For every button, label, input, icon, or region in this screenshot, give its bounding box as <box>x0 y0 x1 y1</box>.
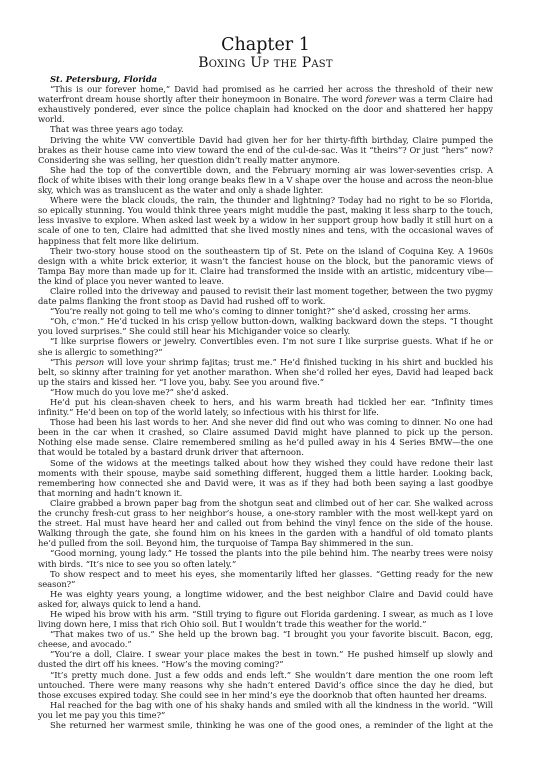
location-heading: St. Petersburg, Florida <box>38 74 493 84</box>
paragraph: He’d put his clean-shaven cheek to hers,… <box>38 397 493 417</box>
paragraph: To show respect and to meet his eyes, sh… <box>38 569 493 589</box>
paragraph: “You’re really not going to tell me who’… <box>38 306 493 316</box>
chapter-title: Boxing Up the Past <box>38 55 493 71</box>
paragraph: “This person will love your shrimp fajit… <box>38 357 493 387</box>
paragraph-text: will love your shrimp fajitas; trust me.… <box>38 357 493 387</box>
paragraph: That was three years ago today. <box>38 124 493 134</box>
paragraph: Some of the widows at the meetings talke… <box>38 458 493 498</box>
paragraph: She returned her warmest smile, thinking… <box>38 720 493 730</box>
emphasis-text: person <box>75 357 104 367</box>
paragraph: Driving the white VW convertible David h… <box>38 135 493 165</box>
paragraph: He wiped his brow with his arm. “Still t… <box>38 609 493 629</box>
paragraph: Claire grabbed a brown paper bag from th… <box>38 498 493 548</box>
paragraph: “It’s pretty much done. Just a few odds … <box>38 670 493 700</box>
paragraph: “How much do you love me?” she’d asked. <box>38 387 493 397</box>
paragraph: “Oh, c’mon.” He’d tucked in his crisp ye… <box>38 316 493 336</box>
emphasis-text: forever <box>366 94 396 104</box>
paragraph: Claire rolled into the driveway and paus… <box>38 286 493 306</box>
paragraph: “I like surprise flowers or jewelry. Con… <box>38 336 493 356</box>
paragraph-text: “This <box>50 357 75 367</box>
paragraph: “You’re a doll, Claire. I swear your pla… <box>38 649 493 669</box>
document-page: Chapter 1 Boxing Up the Past St. Petersb… <box>38 36 493 730</box>
paragraph: Their two-story house stood on the south… <box>38 246 493 286</box>
chapter-number: Chapter 1 <box>38 36 493 55</box>
paragraph: Where were the black clouds, the rain, t… <box>38 195 493 245</box>
paragraph: “This is our forever home,” David had pr… <box>38 84 493 124</box>
paragraph: He was eighty years young, a longtime wi… <box>38 589 493 609</box>
paragraph: “Good morning, young lady.” He tossed th… <box>38 548 493 568</box>
paragraph: “That makes two of us.” She held up the … <box>38 629 493 649</box>
paragraph: Hal reached for the bag with one of his … <box>38 700 493 720</box>
paragraph: Those had been his last words to her. An… <box>38 417 493 457</box>
paragraph: She had the top of the convertible down,… <box>38 165 493 195</box>
